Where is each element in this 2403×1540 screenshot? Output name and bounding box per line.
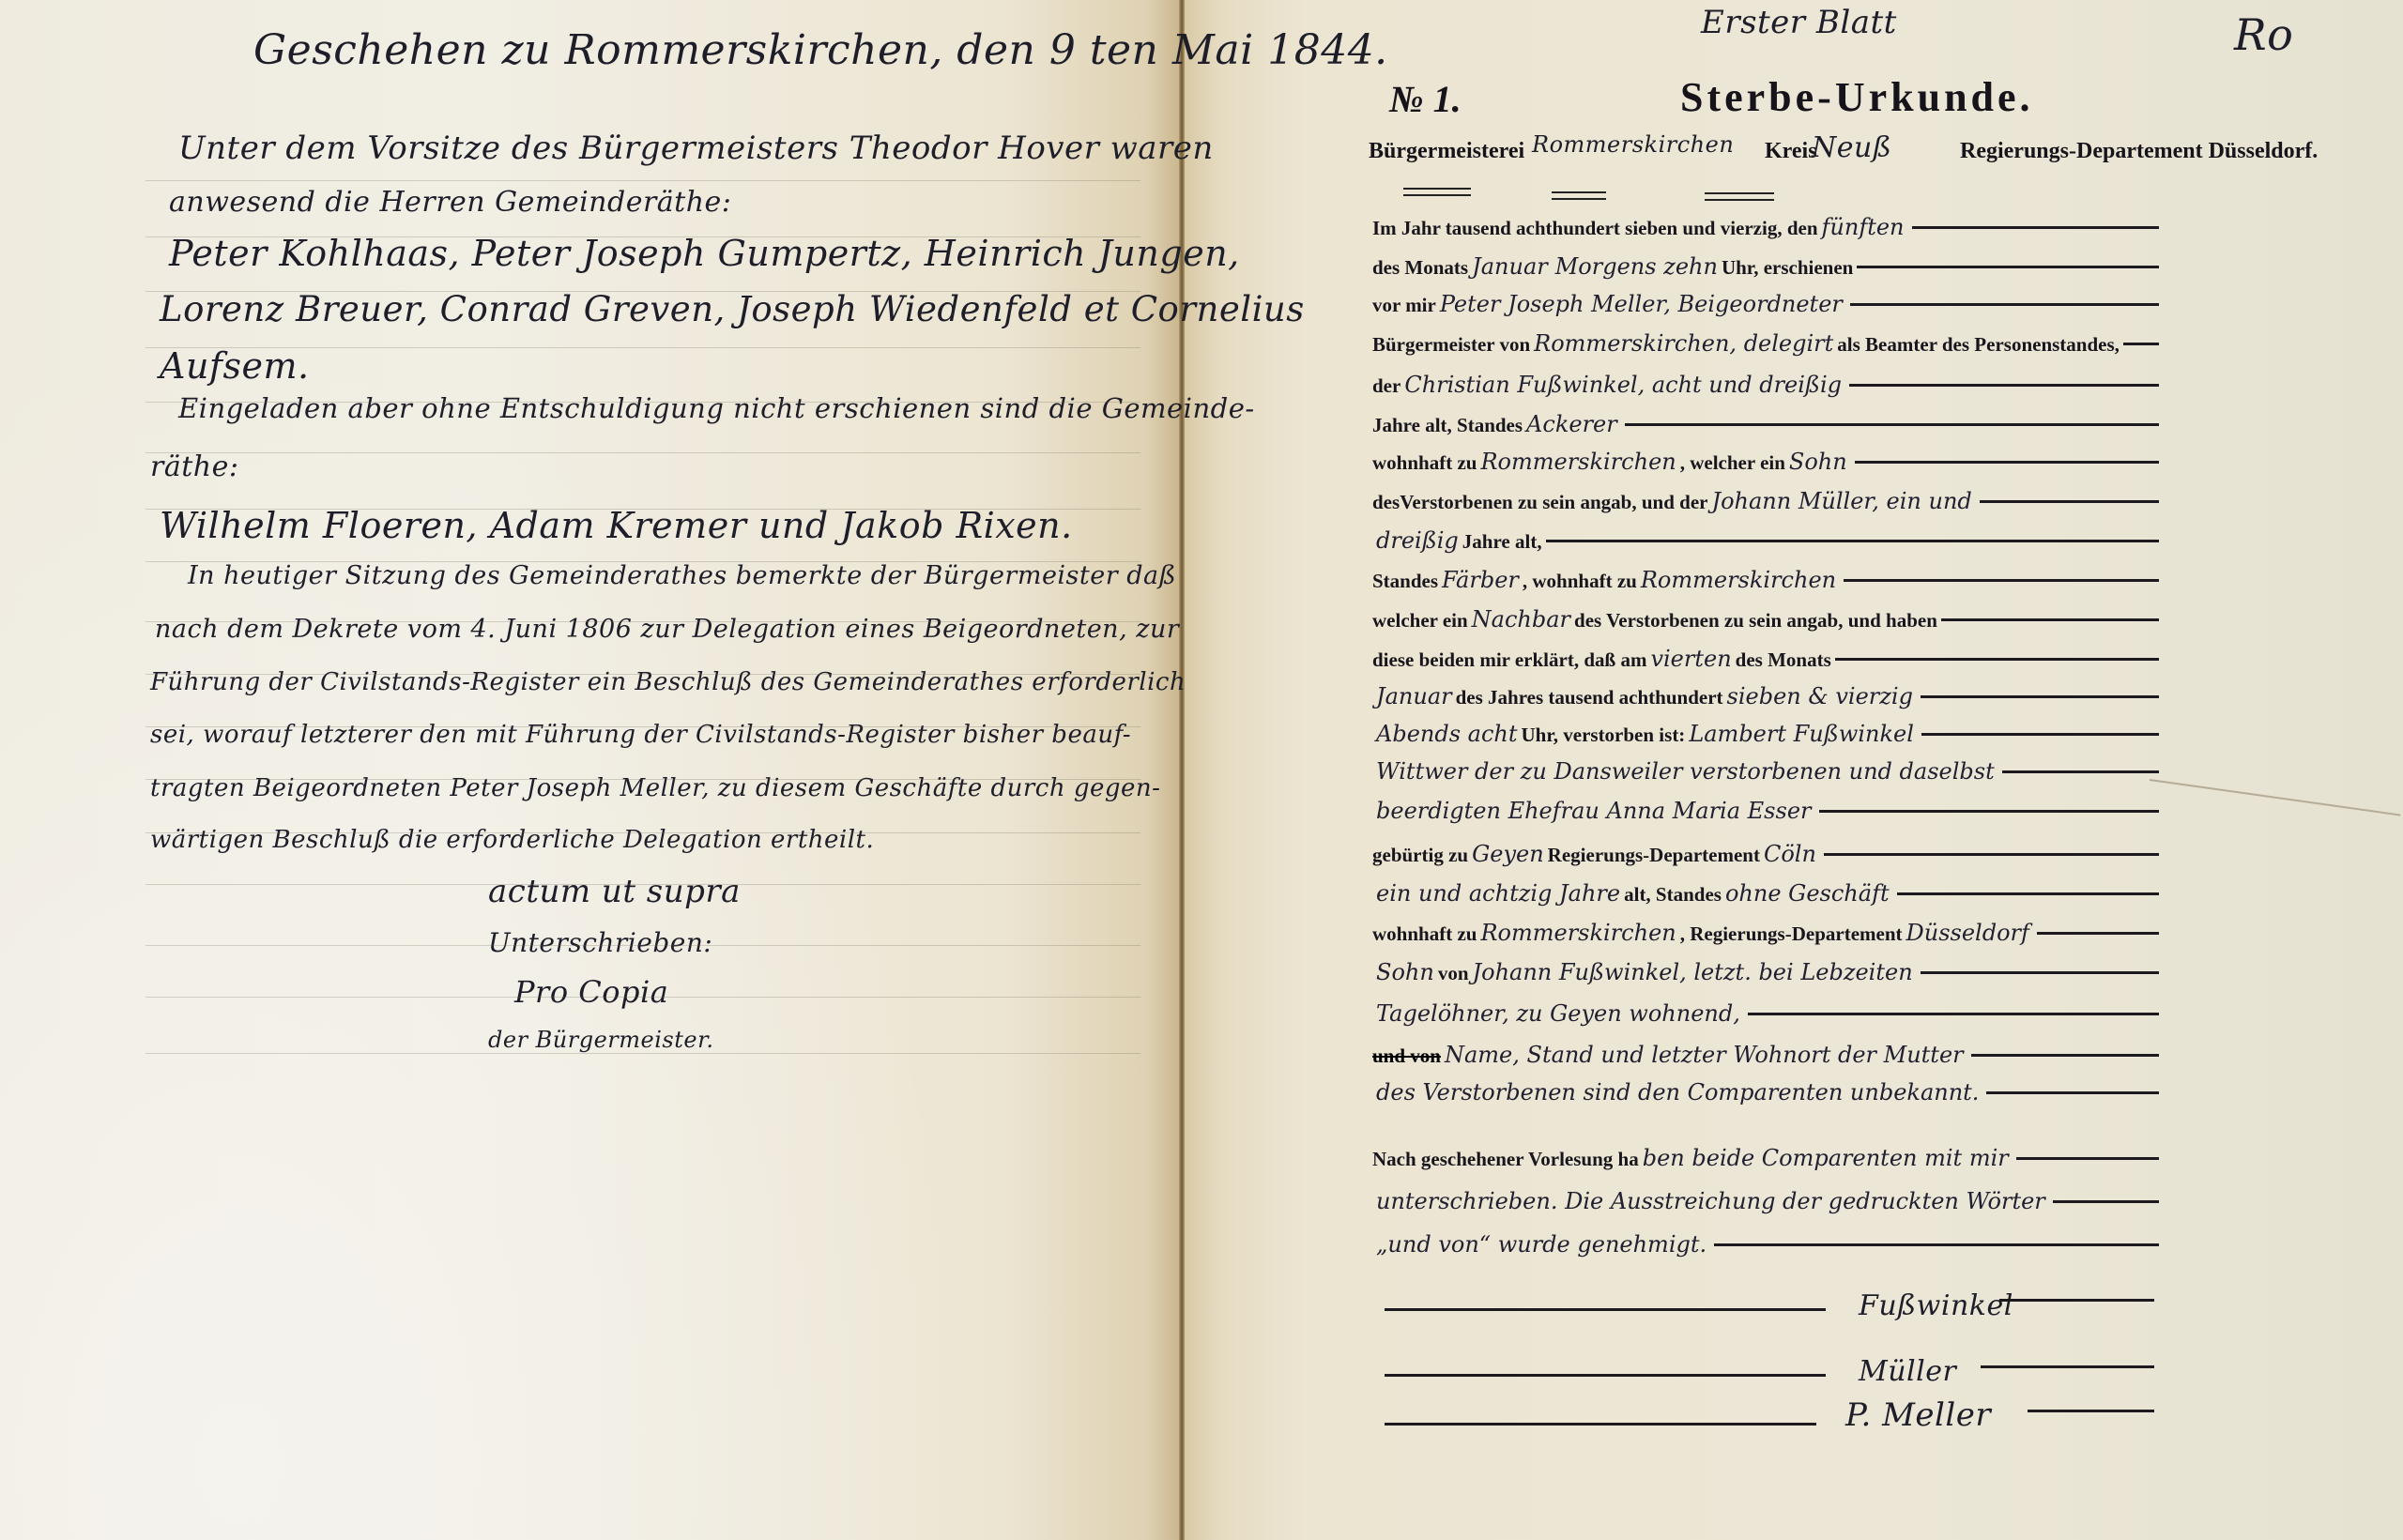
left-line-9: In heutiger Sitzung des Gemeinderathes b…: [188, 561, 1176, 590]
book-spread: Geschehen zu Rommerskirchen, den 9 ten M…: [0, 0, 2403, 1540]
blank-fill-line: [1897, 892, 2159, 895]
blank-fill-line: [1625, 423, 2159, 426]
handwritten-entry: ein und achtzig Jahre: [1372, 880, 1624, 907]
blank-fill-line: [2037, 932, 2159, 935]
left-line-5: Aufsem.: [160, 345, 310, 387]
form-line: wohnhaft zu Rommerskirchen, Regierungs-D…: [1372, 920, 2159, 946]
ruled-line: [145, 452, 1140, 453]
form-line: Wittwer der zu Dansweiler verstorbenen u…: [1372, 758, 2159, 785]
printed-text: von: [1438, 962, 1469, 985]
form-line: „und von“ wurde genehmigt.: [1372, 1231, 2159, 1258]
form-line: dreißig Jahre alt,: [1372, 527, 2159, 554]
handwritten-entry: fünften: [1818, 214, 1908, 240]
buergermeisterei-value: Rommerskirchen: [1532, 131, 1734, 158]
blank-fill-line: [1824, 853, 2159, 856]
handwritten-entry: Christian Fußwinkel, acht und dreißig: [1400, 372, 1845, 398]
printed-text: des Monats: [1372, 256, 1468, 280]
blank-fill-line: [1980, 500, 2159, 503]
printed-text: Verstorbenen zu sein angab, und der: [1400, 491, 1707, 514]
form-line: beerdigten Ehefrau Anna Maria Esser: [1372, 798, 2159, 824]
printed-text: , welcher ein: [1680, 451, 1785, 475]
left-line-6: Eingeladen aber ohne Entschuldigung nich…: [178, 392, 1255, 424]
handwritten-entry: Januar: [1372, 683, 1456, 709]
form-line: Im Jahr tausend achthundert sieben und v…: [1372, 214, 2159, 240]
printed-text: Uhr, verstorben ist:: [1522, 724, 1686, 747]
signature-witness: Müller: [1859, 1355, 1956, 1388]
form-line: des Verstorbenen zu sein angab, und der …: [1372, 488, 2159, 514]
blank-fill-line: [1921, 733, 2159, 736]
blank-fill-line: [1912, 226, 2160, 229]
signature-line: [1385, 1374, 1826, 1377]
form-line: Bürgermeister von Rommerskirchen, delegi…: [1372, 330, 2159, 357]
blank-fill-line: [1986, 1091, 2159, 1094]
blank-fill-line: [1971, 1054, 2159, 1057]
handwritten-entry: Lambert Fußwinkel: [1685, 721, 1918, 747]
left-line-4: Lorenz Breuer, Conrad Greven, Joseph Wie…: [160, 289, 1305, 329]
kreis-value: Neuß: [1812, 131, 1891, 164]
signature-line: [2028, 1410, 2154, 1412]
left-heading: Geschehen zu Rommerskirchen, den 9 ten M…: [253, 26, 1388, 74]
left-line-2: anwesend die Herren Gemeinderäthe:: [169, 186, 731, 219]
form-line: des Monats Januar Morgens zehn Uhr, ersc…: [1372, 253, 2159, 280]
left-closing-actum: actum ut supra: [488, 873, 741, 910]
ruled-line: [145, 509, 1140, 510]
left-line-7: räthe:: [150, 450, 238, 483]
blank-fill-line: [1855, 461, 2159, 464]
blank-fill-line: [1819, 810, 2160, 813]
blank-fill-line: [1921, 695, 2159, 698]
printed-text: vor mir: [1372, 294, 1436, 317]
printed-text: Jahre alt, Standes: [1372, 414, 1523, 437]
handwritten-entry: des Verstorbenen sind den Comparenten un…: [1372, 1079, 1982, 1105]
signature-declarant: Fußwinkel: [1859, 1289, 2013, 1322]
form-line: unterschrieben. Die Ausstreichung der ge…: [1372, 1188, 2159, 1214]
printed-text: diese beiden mir erklärt, daß am: [1372, 648, 1646, 672]
handwritten-entry: Wittwer der zu Dansweiler verstorbenen u…: [1372, 758, 1998, 785]
handwritten-entry: Düsseldorf: [1903, 920, 2033, 946]
form-line: welcher ein Nachbar des Verstorbenen zu …: [1372, 606, 2159, 633]
blank-fill-line: [1849, 384, 2159, 387]
handwritten-entry: Johann Fußwinkel, letzt. bei Lebzeiten: [1469, 959, 1917, 985]
printed-text: Im Jahr tausend achthundert sieben und v…: [1372, 217, 1818, 240]
handwritten-entry: Tagelöhner, zu Geyen wohnend,: [1372, 1000, 1744, 1027]
blank-fill-line: [1921, 971, 2159, 974]
handwritten-entry: sieben & vierzig: [1723, 683, 1917, 709]
ruled-line: [145, 561, 1140, 562]
blank-fill-line: [1844, 579, 2159, 582]
printed-text: Nach geschehener Vorlesung ha: [1372, 1148, 1639, 1171]
struck-printed-text: und von: [1372, 1044, 1441, 1068]
handwritten-entry: Cöln: [1760, 841, 1820, 867]
handwritten-entry: Sohn: [1785, 449, 1851, 475]
ruled-line: [145, 726, 1140, 727]
form-line: Januar des Jahres tausend achthundert si…: [1372, 683, 2159, 709]
left-closing-pro-copia: Pro Copia: [514, 974, 668, 1010]
signature-line: [1981, 1365, 2154, 1368]
printed-text: als Beamter des Personenstandes,: [1837, 333, 2120, 357]
handwritten-entry: Januar: [1468, 253, 1552, 280]
signature-line: [1385, 1423, 1816, 1426]
buergermeisterei-label: Bürgermeisterei: [1369, 139, 1524, 164]
blank-fill-line: [1546, 540, 2159, 542]
kreis-label: Kreis: [1765, 139, 1817, 164]
handwritten-entry: beerdigten Ehefrau Anna Maria Esser: [1372, 798, 1815, 824]
blank-fill-line: [1857, 266, 2159, 268]
printed-text: , Regierungs-Departement: [1680, 922, 1903, 946]
ruled-line: [145, 779, 1140, 780]
ruled-line: [145, 832, 1140, 833]
handwritten-entry: unterschrieben. Die Ausstreichung der ge…: [1372, 1188, 2049, 1214]
printed-text: des: [1372, 491, 1400, 514]
ruled-line: [145, 945, 1140, 946]
ruled-line: [145, 884, 1140, 885]
left-closing-buergermeister: der Bürgermeister.: [488, 1027, 714, 1053]
printed-text: des Verstorbenen zu sein angab, und habe…: [1574, 609, 1937, 633]
printed-text: , wohnhaft zu: [1523, 570, 1637, 593]
handwritten-entry: Rommerskirchen: [1477, 449, 1679, 475]
form-line: des Verstorbenen sind den Comparenten un…: [1372, 1079, 2159, 1105]
printed-text: Standes: [1372, 570, 1438, 593]
left-line-10: nach dem Dekrete vom 4. Juni 1806 zur De…: [155, 615, 1179, 644]
header-underline: [1403, 188, 1471, 196]
form-line: Sohn von Johann Fußwinkel, letzt. bei Le…: [1372, 959, 2159, 985]
form-line: gebürtig zu Geyen Regierungs-Departement…: [1372, 841, 2159, 867]
form-line: Jahre alt, Standes Ackerer: [1372, 411, 2159, 437]
blank-fill-line: [2002, 770, 2159, 773]
handwritten-entry: Rommerskirchen, delegirt: [1530, 330, 1837, 357]
handwritten-entry: Geyen: [1468, 841, 1548, 867]
left-closing-unterschrieben: Unterschrieben:: [488, 927, 712, 958]
ruled-line: [145, 402, 1140, 403]
annotation-top: Erster Blatt: [1701, 4, 1897, 41]
ruled-line: [145, 347, 1140, 348]
printed-text: der: [1372, 374, 1400, 398]
ruled-line: [145, 1053, 1140, 1054]
blank-fill-line: [2123, 343, 2159, 345]
handwritten-entry: Name, Stand und letzter Wohnort der Mutt…: [1441, 1042, 1967, 1068]
blank-fill-line: [1748, 1013, 2159, 1015]
printed-text: des Jahres tausend achthundert: [1456, 686, 1723, 709]
printed-text: wohnhaft zu: [1372, 922, 1477, 946]
form-line: Standes Färber , wohnhaft zu Rommerskirc…: [1372, 567, 2159, 593]
handwritten-entry: Morgens zehn: [1552, 253, 1722, 280]
handwritten-entry: Sohn: [1372, 959, 1438, 985]
annotation-corner: Ro: [2234, 9, 2293, 60]
ruled-line: [145, 180, 1140, 181]
form-line: Abends acht Uhr, verstorben ist: Lambert…: [1372, 721, 2159, 747]
printed-text: wohnhaft zu: [1372, 451, 1477, 475]
handwritten-entry: Rommerskirchen: [1477, 920, 1679, 946]
blank-fill-line: [1941, 618, 2159, 621]
printed-text: alt, Standes: [1624, 883, 1722, 907]
ruled-line: [145, 236, 1140, 237]
header-underline: [1705, 192, 1774, 201]
left-page: [0, 0, 1181, 1540]
left-line-3: Peter Kohlhaas, Peter Joseph Gumpertz, H…: [169, 233, 1240, 274]
blank-fill-line: [2053, 1200, 2159, 1203]
form-line: und von Name, Stand und letzter Wohnort …: [1372, 1042, 2159, 1068]
left-line-8: Wilhelm Floeren, Adam Kremer und Jakob R…: [160, 505, 1073, 546]
form-line: ein und achtzig Jahre alt, Standes ohne …: [1372, 880, 2159, 907]
printed-text: des Monats: [1736, 648, 1831, 672]
handwritten-entry: Ackerer: [1523, 411, 1621, 437]
ruled-line: [145, 291, 1140, 292]
department-label: Regierungs-Departement Düsseldorf.: [1960, 139, 2318, 164]
handwritten-entry: Färber: [1438, 567, 1523, 593]
blank-fill-line: [2016, 1157, 2159, 1160]
left-line-14: wärtigen Beschluß die erforderliche Dele…: [150, 826, 874, 854]
printed-text: Jahre alt,: [1462, 530, 1542, 554]
handwritten-entry: vierten: [1646, 646, 1735, 672]
form-line: Nach geschehener Vorlesung haben beide C…: [1372, 1145, 2159, 1171]
ruled-line: [145, 674, 1140, 675]
handwritten-entry: Nachbar: [1468, 606, 1574, 633]
handwritten-entry: dreißig: [1372, 527, 1462, 554]
form-line: der Christian Fußwinkel, acht und dreißi…: [1372, 372, 2159, 398]
handwritten-entry: ben beide Comparenten mit mir: [1639, 1145, 2013, 1171]
handwritten-entry: ohne Geschäft: [1722, 880, 1893, 907]
left-line-12: sei, worauf letzterer den mit Führung de…: [150, 721, 1131, 749]
printed-text: Regierungs-Departement: [1548, 844, 1760, 867]
handwritten-entry: „und von“ wurde genehmigt.: [1372, 1231, 1710, 1258]
ruled-line: [145, 997, 1140, 998]
record-number: № 1.: [1389, 77, 1462, 121]
form-line: vor mir Peter Joseph Meller, Beigeordnet…: [1372, 291, 2159, 317]
printed-text: welcher ein: [1372, 609, 1468, 633]
handwritten-entry: Peter Joseph Meller, Beigeordneter: [1436, 291, 1846, 317]
printed-text: Bürgermeister von: [1372, 333, 1530, 357]
form-line: Tagelöhner, zu Geyen wohnend,: [1372, 1000, 2159, 1027]
signature-line: [1385, 1308, 1826, 1311]
handwritten-entry: Johann Müller, ein und: [1707, 488, 1975, 514]
signature-official: P. Meller: [1845, 1396, 1991, 1434]
signature-line: [1999, 1299, 2154, 1302]
blank-fill-line: [1835, 658, 2159, 661]
handwritten-entry: Rommerskirchen: [1637, 567, 1840, 593]
printed-text: gebürtig zu: [1372, 844, 1468, 867]
blank-fill-line: [1850, 303, 2159, 306]
printed-text: Uhr, erschienen: [1722, 256, 1853, 280]
ruled-line: [145, 621, 1140, 622]
left-line-1: Unter dem Vorsitze des Bürgermeisters Th…: [178, 130, 1214, 167]
header-underline: [1552, 191, 1606, 200]
handwritten-entry: Abends acht: [1372, 721, 1522, 747]
left-line-11: Führung der Civilstands-Register ein Bes…: [150, 668, 1186, 696]
blank-fill-line: [1714, 1243, 2159, 1246]
form-line: diese beiden mir erklärt, daß am vierten…: [1372, 646, 2159, 672]
document-title: Sterbe-Urkunde.: [1680, 73, 2034, 121]
form-line: wohnhaft zu Rommerskirchen , welcher ein…: [1372, 449, 2159, 475]
